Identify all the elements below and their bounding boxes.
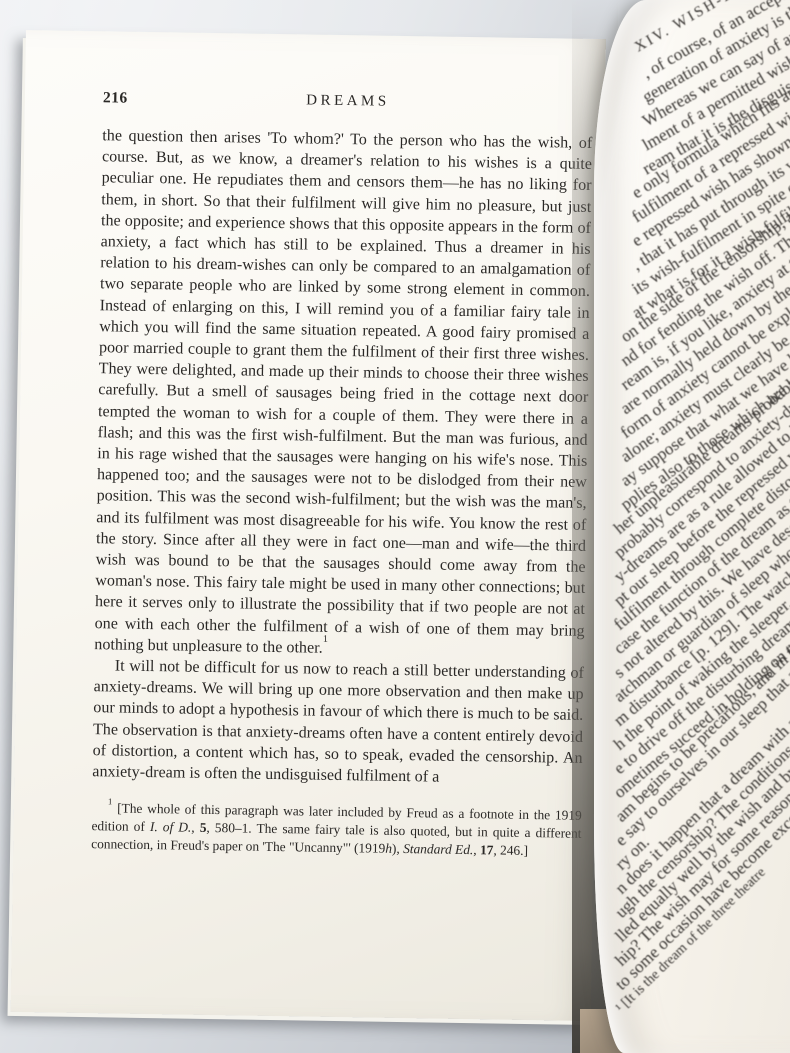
right-page-lines: , of course, of an acceptable wish, but … — [594, 64, 790, 1024]
footnote-marker: 1 — [323, 633, 328, 644]
paragraph-1: the question then arises 'To whom?' To t… — [94, 125, 592, 663]
right-page: XIV. WISH-FULFILMENT , of course, of an … — [594, 0, 790, 1053]
footnote: 1 [The whole of this paragraph was later… — [91, 799, 582, 860]
body-text: the question then arises 'To whom?' To t… — [92, 125, 592, 790]
paragraph-1-text: the question then arises 'To whom?' To t… — [94, 127, 592, 656]
left-page: 216 DREAMS the question then arises 'To … — [11, 30, 606, 1021]
running-head: DREAMS — [306, 92, 390, 110]
page-number: 216 — [103, 89, 128, 106]
right-page-line: ¹ [It is the dream of the three theatre — [621, 1000, 790, 1024]
left-page-header: 216 DREAMS — [103, 89, 593, 119]
right-page-content: XIV. WISH-FULFILMENT , of course, of an … — [594, 0, 790, 1053]
paragraph-2: It will not be difficult for us now to r… — [92, 655, 584, 790]
book-photo: 216 DREAMS the question then arises 'To … — [0, 0, 790, 1053]
